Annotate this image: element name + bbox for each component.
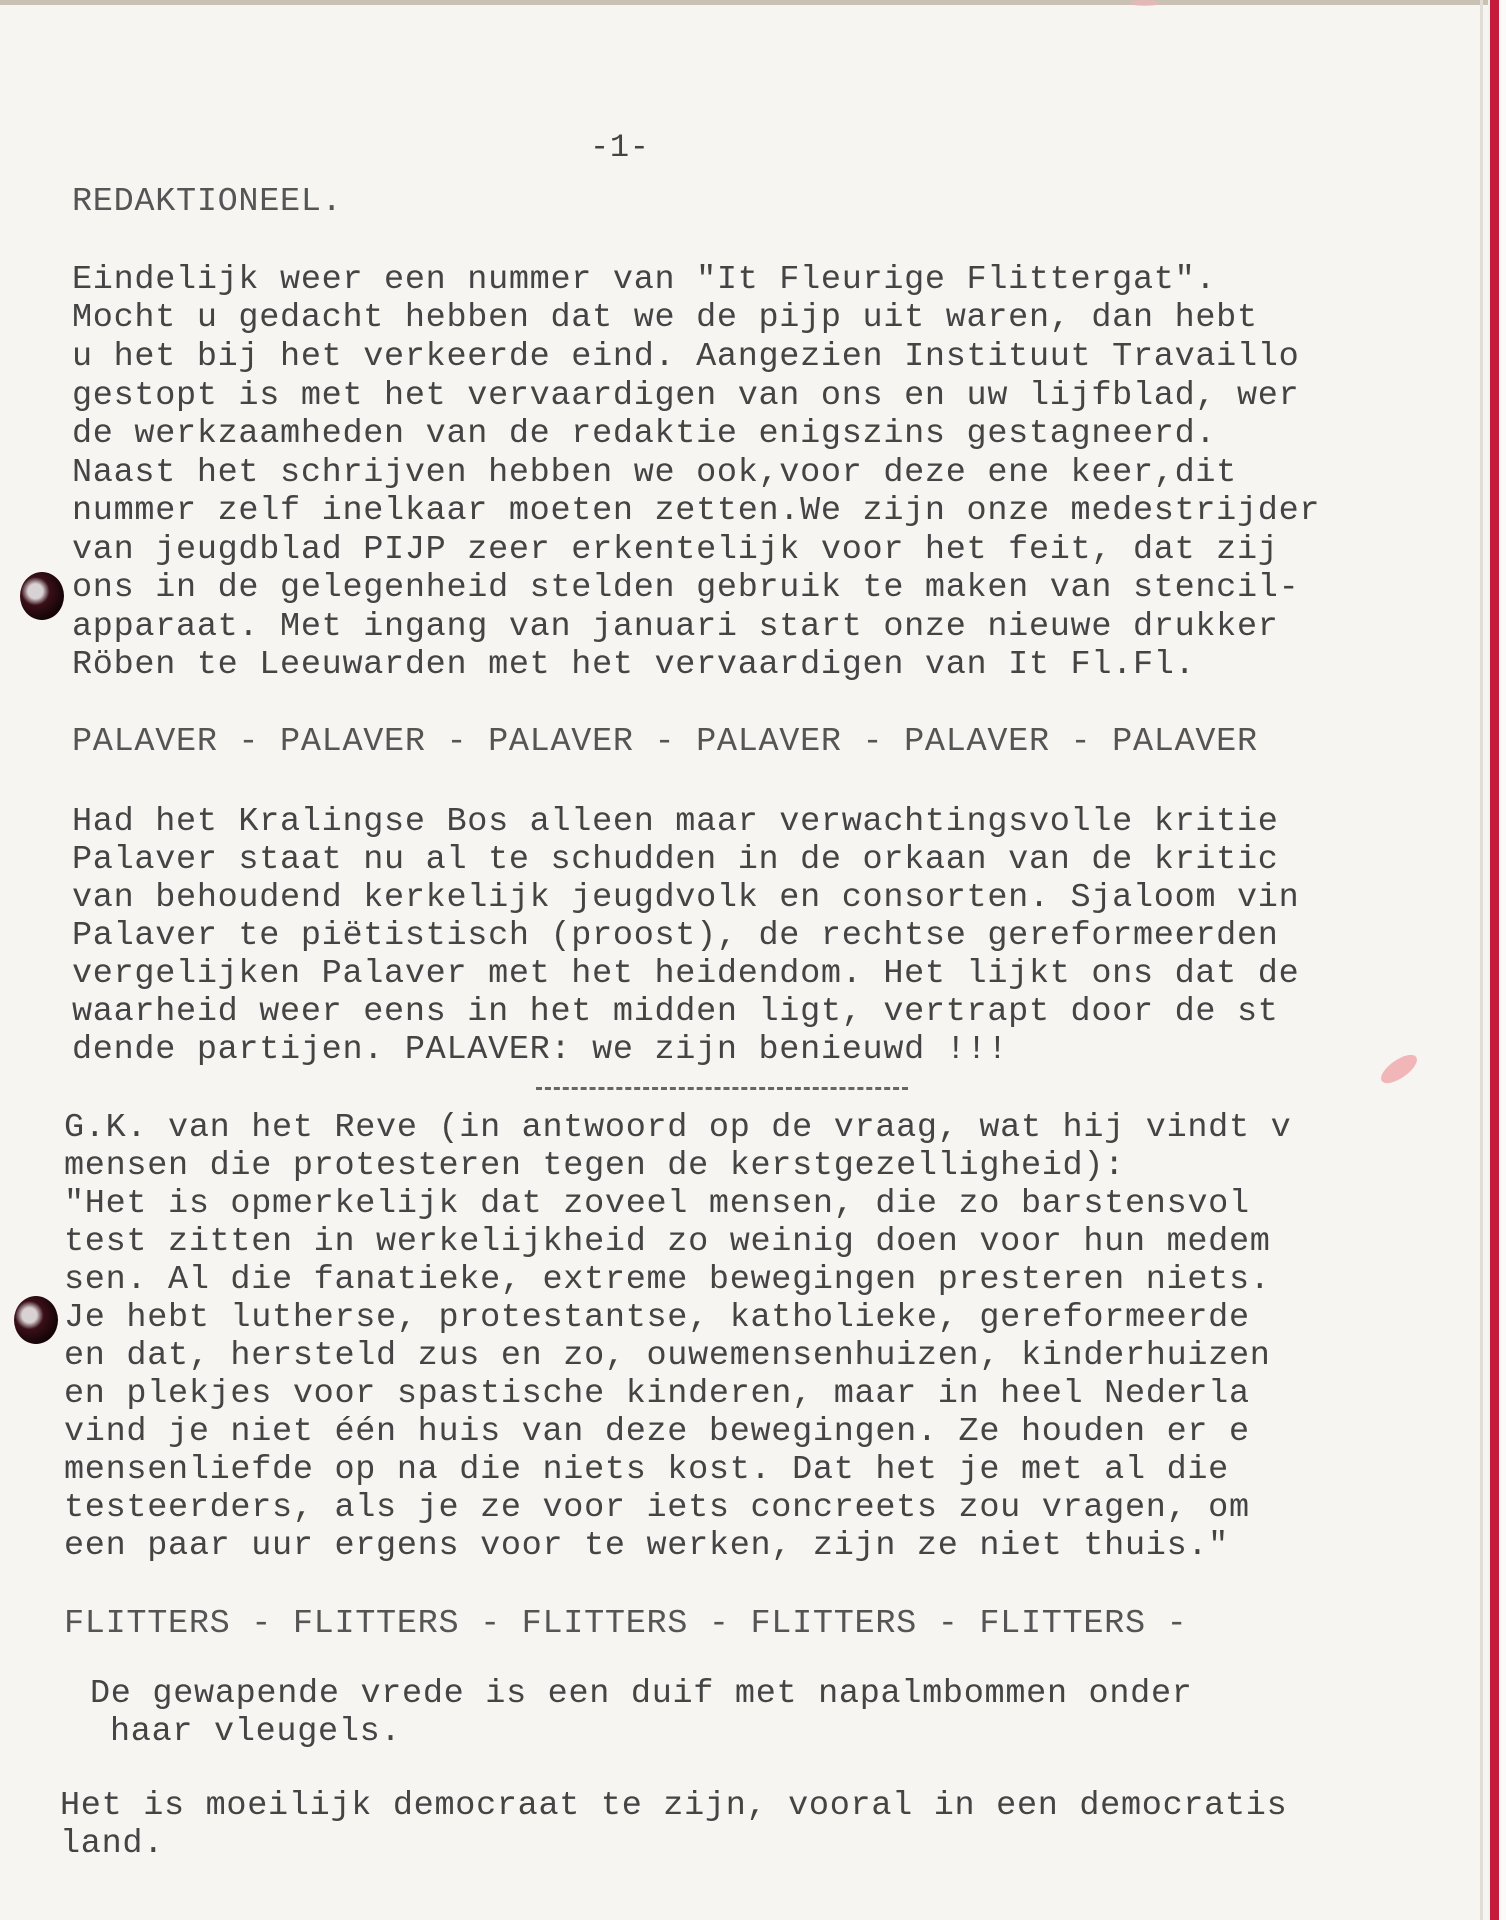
page-margin	[1499, 0, 1506, 1920]
palaver-line: van behoudend kerkelijk jeugdvolk en con…	[72, 882, 1299, 916]
editorial-line: gestopt is met het vervaardigen van ons …	[72, 380, 1299, 414]
flitters-banner: FLITTERS - FLITTERS - FLITTERS - FLITTER…	[64, 1608, 1187, 1642]
editorial-line: van jeugdblad PIJP zeer erkentelijk voor…	[72, 534, 1279, 568]
quote-line: en dat, hersteld zus en zo, ouwemensenhu…	[64, 1340, 1271, 1374]
ink-stain	[1130, 0, 1160, 6]
quote-line: test zitten in werkelijkheid zo weinig d…	[64, 1226, 1271, 1260]
palaver-line: dende partijen. PALAVER: we zijn benieuw…	[72, 1034, 1008, 1068]
palaver-line: vergelijken Palaver met het heidendom. H…	[72, 958, 1299, 992]
flitters-line: Het is moeilijk democraat te zijn, voora…	[60, 1790, 1287, 1824]
flitters-line: haar vleugels.	[110, 1716, 401, 1750]
flitters-line: land.	[60, 1828, 164, 1862]
editorial-line: de werkzaamheden van de redaktie enigszi…	[72, 418, 1216, 452]
palaver-line: Had het Kralingse Bos alleen maar verwac…	[72, 806, 1279, 840]
editorial-line: Eindelijk weer een nummer van "It Fleuri…	[72, 264, 1216, 298]
quote-line: vind je niet één huis van deze beweginge…	[64, 1416, 1250, 1450]
quote-line: Je hebt lutherse, protestantse, katholie…	[64, 1302, 1250, 1336]
punch-hole	[20, 572, 64, 620]
ink-stain	[1377, 1050, 1422, 1089]
page-top-edge	[0, 0, 1488, 5]
editorial-line: ons in de gelegenheid stelden gebruik te…	[72, 572, 1299, 606]
section-divider	[536, 1087, 908, 1090]
quote-line: en plekjes voor spastische kinderen, maa…	[64, 1378, 1250, 1412]
editorial-line: u het bij het verkeerde eind. Aangezien …	[72, 341, 1299, 375]
palaver-line: Palaver staat nu al te schudden in de or…	[72, 844, 1279, 878]
page-number: -1-	[590, 132, 650, 164]
editorial-line: Röben te Leeuwarden met het vervaardigen…	[72, 649, 1195, 683]
editorial-line: nummer zelf inelkaar moeten zetten.We zi…	[72, 495, 1320, 529]
palaver-banner: PALAVER - PALAVER - PALAVER - PALAVER - …	[72, 726, 1258, 760]
editorial-line: apparaat. Met ingang van januari start o…	[72, 611, 1279, 645]
quote-line: G.K. van het Reve (in antwoord op de vra…	[64, 1112, 1291, 1146]
quote-line: "Het is opmerkelijk dat zoveel mensen, d…	[64, 1188, 1250, 1222]
palaver-line: waarheid weer eens in het midden ligt, v…	[72, 996, 1279, 1030]
flitters-line: De gewapende vrede is een duif met napal…	[90, 1678, 1193, 1712]
quote-line: een paar uur ergens voor te werken, zijn…	[64, 1530, 1229, 1564]
red-binding-edge	[1490, 0, 1499, 1920]
quote-line: testeerders, als je ze voor iets concree…	[64, 1492, 1250, 1526]
quote-line: mensen die protesteren tegen de kerstgez…	[64, 1150, 1125, 1184]
editorial-line: Naast het schrijven hebben we ook,voor d…	[72, 457, 1237, 491]
editorial-line: Mocht u gedacht hebben dat we de pijp ui…	[72, 302, 1258, 336]
editorial-heading: REDAKTIONEEL.	[72, 186, 342, 220]
page-edge-shadow	[1480, 0, 1483, 1920]
palaver-line: Palaver te piëtistisch (proost), de rech…	[72, 920, 1279, 954]
quote-line: sen. Al die fanatieke, extreme beweginge…	[64, 1264, 1271, 1298]
document-page: -1- REDAKTIONEEL. Eindelijk weer een num…	[0, 0, 1488, 1920]
quote-line: mensenliefde op na die niets kost. Dat h…	[64, 1454, 1229, 1488]
punch-hole	[14, 1296, 58, 1344]
